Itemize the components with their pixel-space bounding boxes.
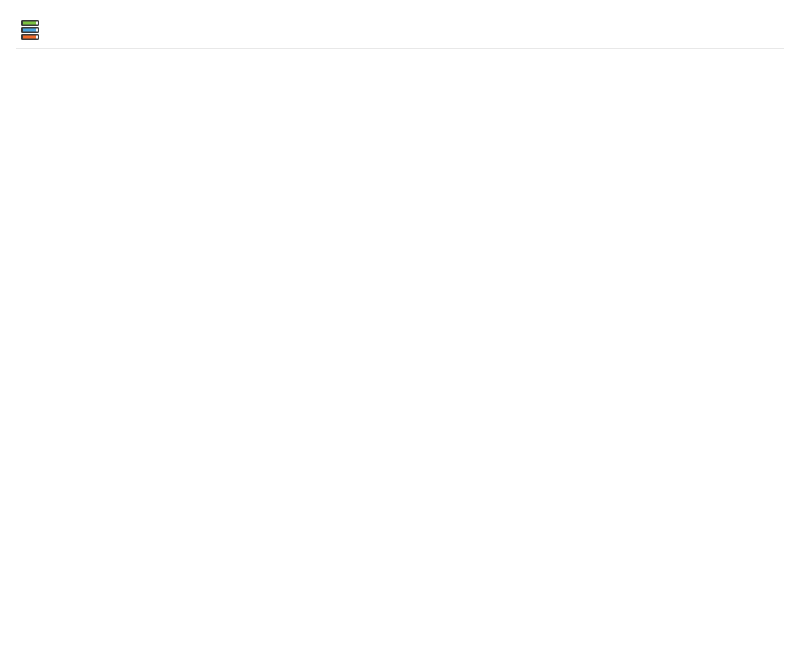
section-heading <box>16 14 784 49</box>
books-icon <box>18 18 42 42</box>
document-page <box>0 0 800 49</box>
